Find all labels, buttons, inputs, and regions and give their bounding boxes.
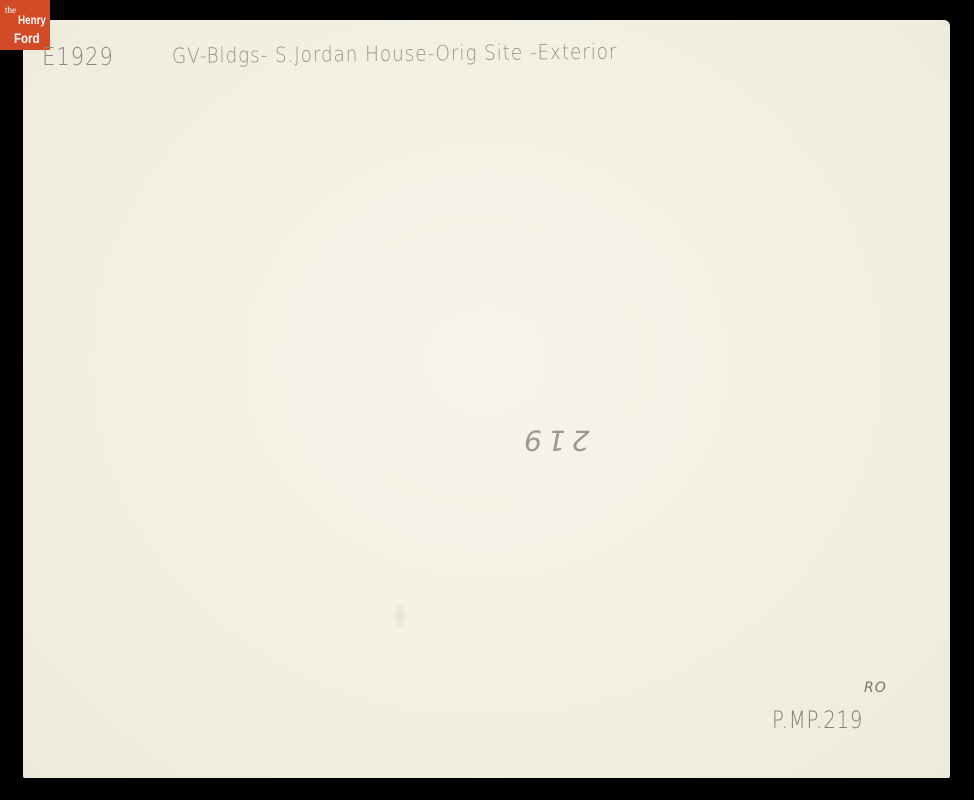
logo-the: the xyxy=(5,6,16,15)
logo-ford: Ford xyxy=(14,31,40,45)
caption-note: GV-Bldgs- S.Jordan House-Orig Site -Exte… xyxy=(172,40,618,68)
catalog-id-note: E1929 xyxy=(42,42,114,71)
logo-henry: Henry xyxy=(18,14,46,26)
paper-smudge xyxy=(395,605,405,627)
accession-number-note: P.MP.219 xyxy=(772,706,863,734)
center-number-note: 219 xyxy=(518,424,589,457)
photo-print-back xyxy=(23,20,950,778)
initials-note: RO xyxy=(864,680,887,696)
